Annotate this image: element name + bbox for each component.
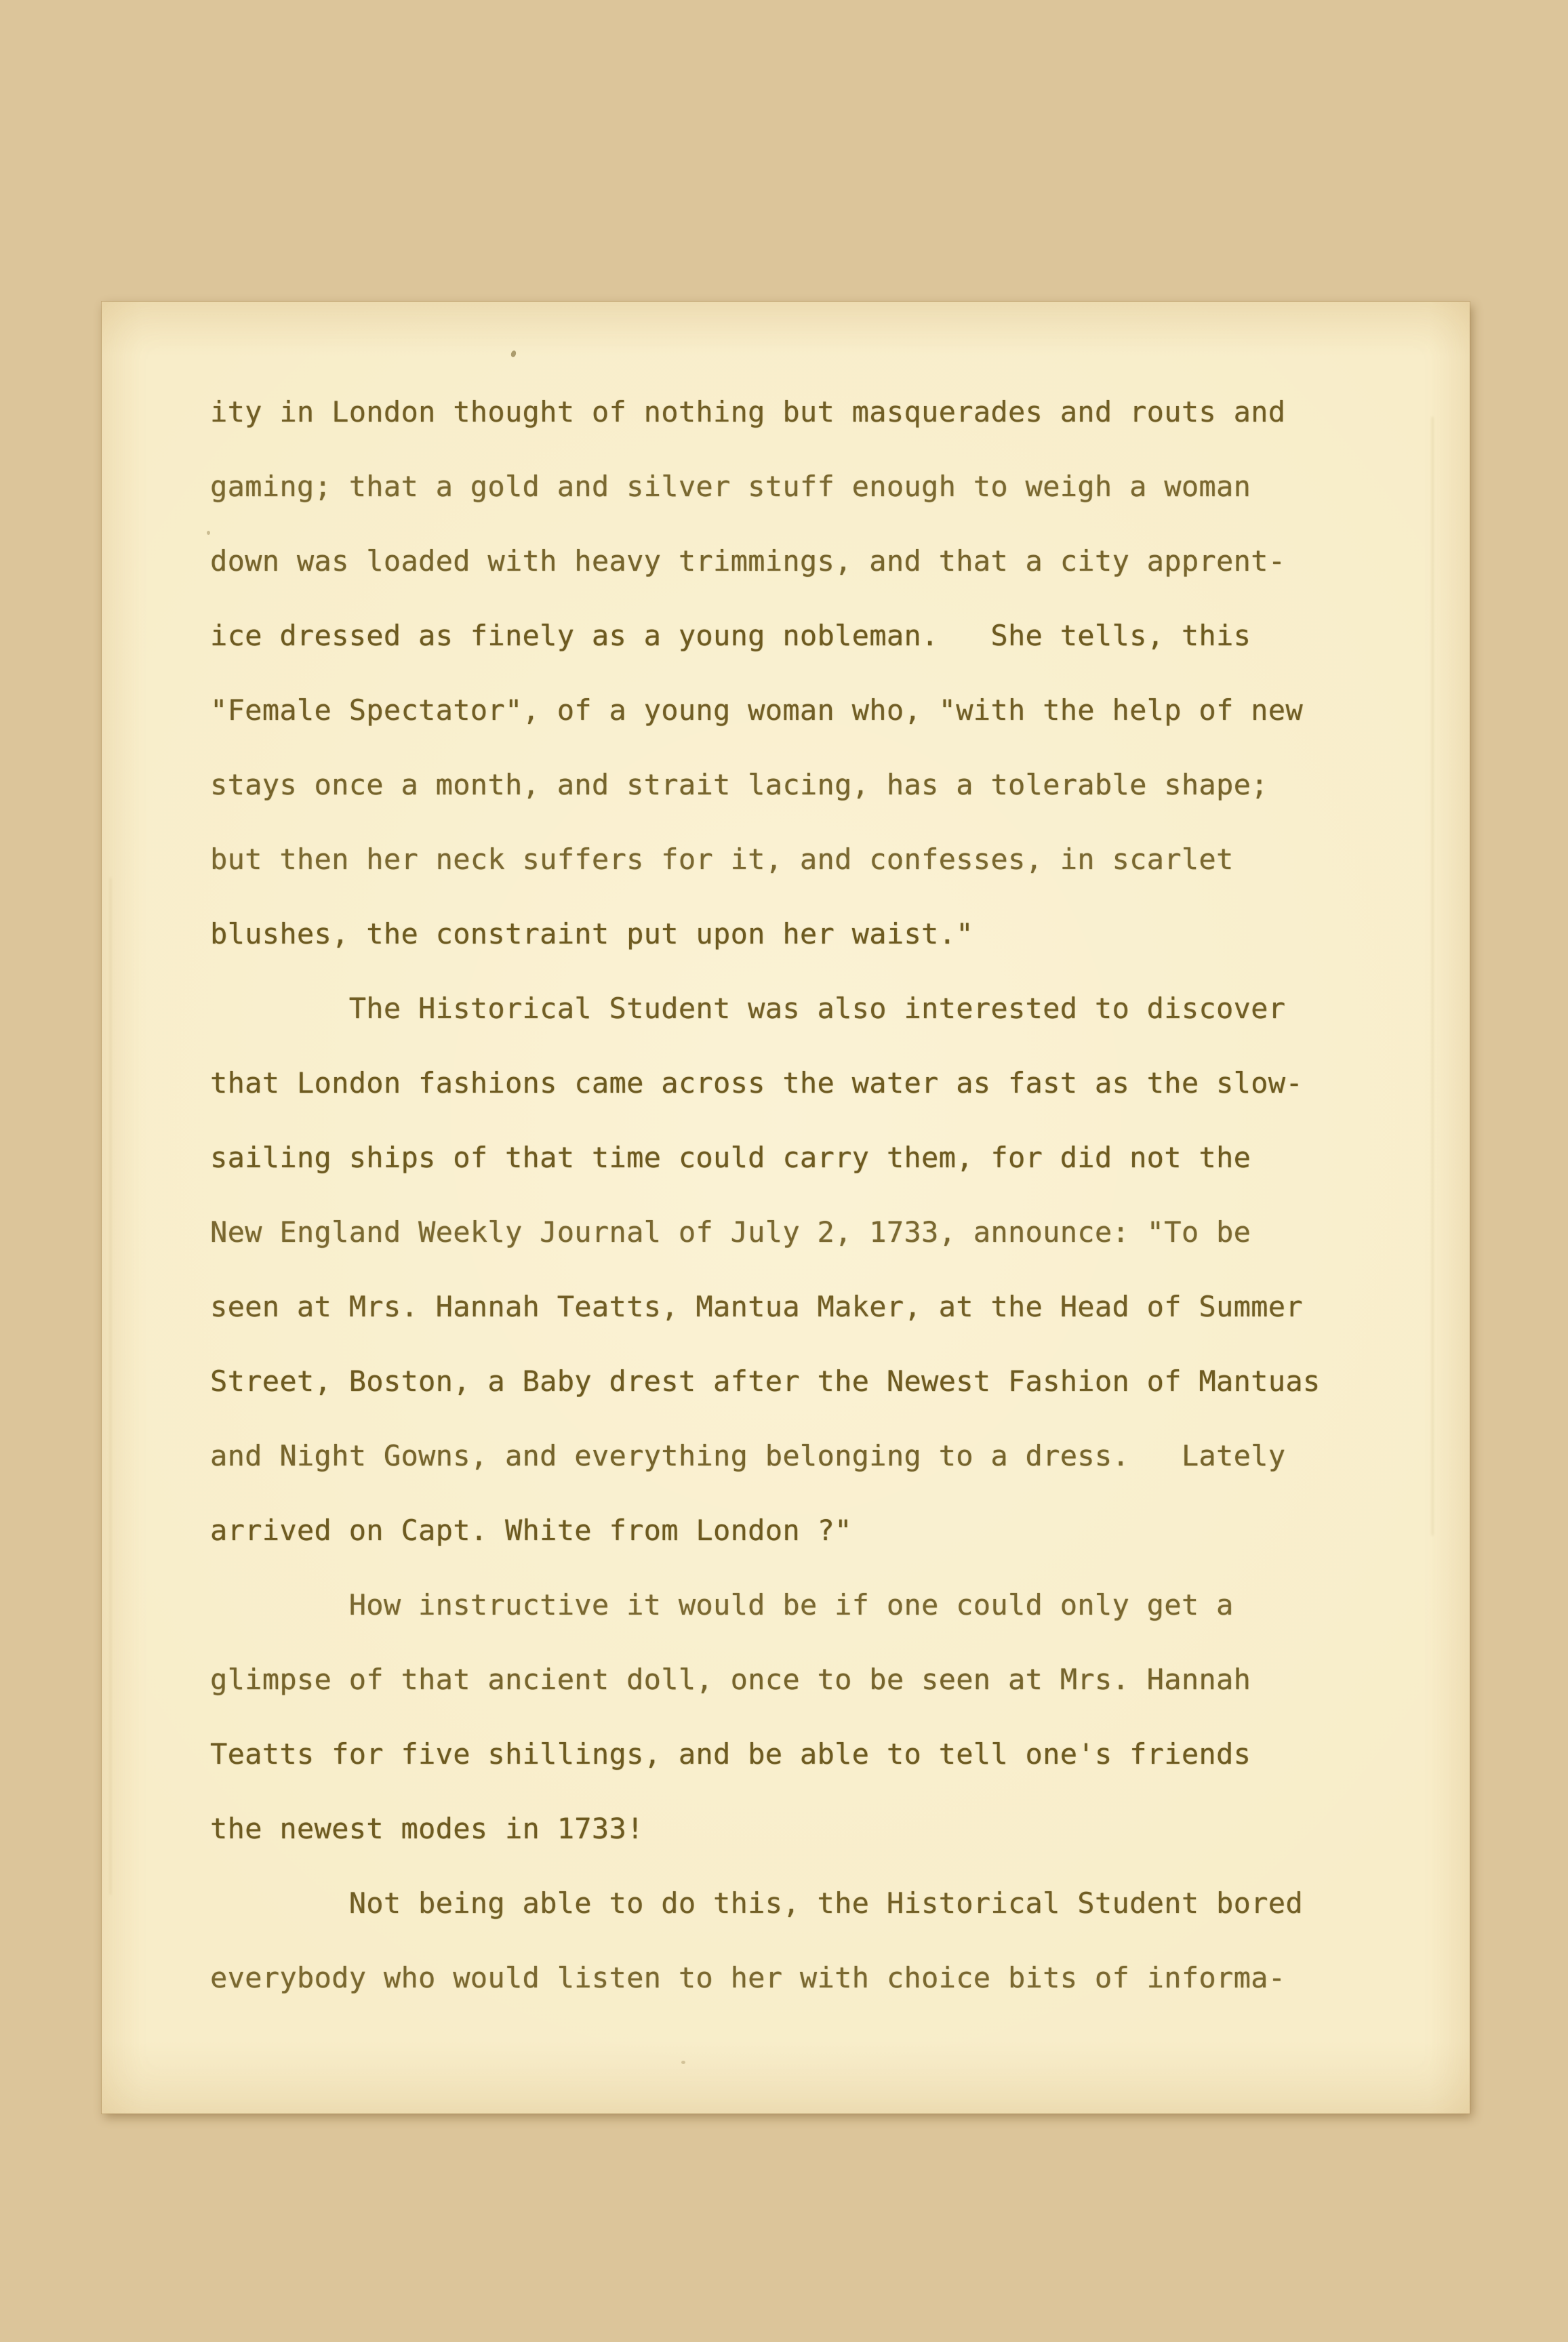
text-line: down was loaded with heavy trimmings, an… xyxy=(210,524,1443,599)
text-line: seen at Mrs. Hannah Teatts, Mantua Maker… xyxy=(210,1270,1443,1344)
text-line: Street, Boston, a Baby drest after the N… xyxy=(210,1344,1443,1419)
ink-speck xyxy=(510,350,517,358)
text-line: gaming; that a gold and silver stuff eno… xyxy=(210,449,1443,524)
typewritten-text-block: ity in London thought of nothing but mas… xyxy=(210,375,1443,2015)
manuscript-page: ity in London thought of nothing but mas… xyxy=(102,302,1470,2114)
mount-board: { "page": { "document_type": "typewritte… xyxy=(0,0,1568,2342)
text-line: stays once a month, and strait lacing, h… xyxy=(210,748,1443,822)
text-line: The Historical Student was also interest… xyxy=(210,971,1443,1046)
text-line: everybody who would listen to her with c… xyxy=(210,1941,1443,2015)
text-line: blushes, the constraint put upon her wai… xyxy=(210,897,1443,971)
text-line: that London fashions came across the wat… xyxy=(210,1046,1443,1120)
text-line: sailing ships of that time could carry t… xyxy=(210,1120,1443,1195)
paper-crease-left xyxy=(110,878,111,1895)
text-line: New England Weekly Journal of July 2, 17… xyxy=(210,1195,1443,1270)
text-line: "Female Spectator", of a young woman who… xyxy=(210,673,1443,748)
text-line: but then her neck suffers for it, and co… xyxy=(210,822,1443,897)
text-line: Teatts for five shillings, and be able t… xyxy=(210,1717,1443,1792)
text-line: the newest modes in 1733! xyxy=(210,1792,1443,1866)
text-line: arrived on Capt. White from London ?" xyxy=(210,1493,1443,1568)
text-line: and Night Gowns, and everything belongin… xyxy=(210,1419,1443,1493)
text-line: ity in London thought of nothing but mas… xyxy=(210,375,1443,449)
text-line: Not being able to do this, the Historica… xyxy=(210,1866,1443,1941)
ink-speck xyxy=(681,2061,685,2064)
text-line: ice dressed as finely as a young noblema… xyxy=(210,599,1443,673)
text-line: How instructive it would be if one could… xyxy=(210,1568,1443,1642)
text-line: glimpse of that ancient doll, once to be… xyxy=(210,1642,1443,1717)
